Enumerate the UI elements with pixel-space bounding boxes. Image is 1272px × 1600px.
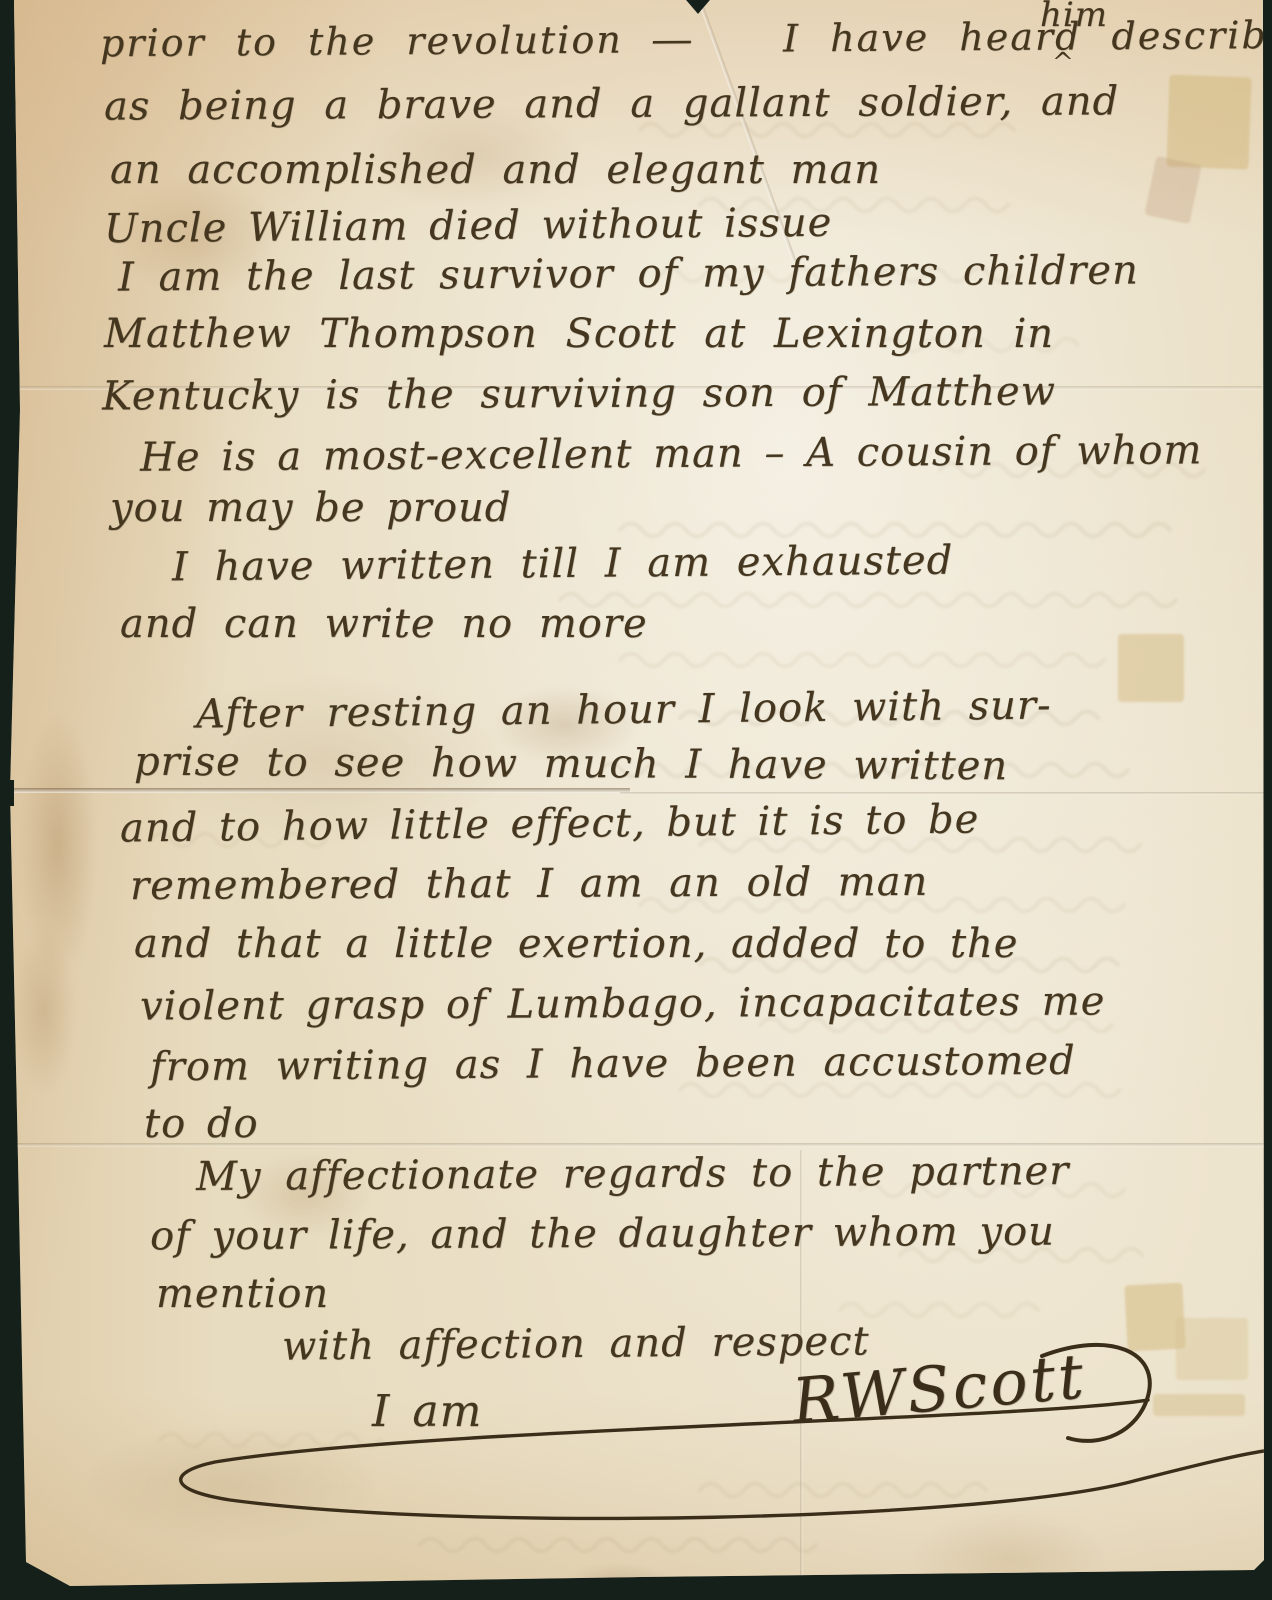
letter-line: Uncle William died without issue <box>104 203 833 249</box>
letter-line: I am <box>372 1390 482 1434</box>
letter-line: violent grasp of Lumbago, incapacitates … <box>140 981 1106 1026</box>
tape-patch <box>1124 1283 1185 1352</box>
letter-line: remembered that I am an old man <box>130 862 928 906</box>
letter-paper: prior to the revolution ― I have heard d… <box>0 0 1272 1600</box>
letter-line: of your life, and the daughter whom you <box>150 1212 1055 1257</box>
letter-line: Kentucky is the surviving son of Matthew <box>102 372 1056 417</box>
letter-line: After resting an hour I look with sur- <box>196 686 1052 735</box>
fold-crease-middle-left <box>10 788 630 793</box>
letter-line: with affection and respect <box>282 1321 870 1366</box>
letter-line: an accomplished and elegant man <box>110 150 881 190</box>
fold-crease-middle-right <box>620 792 1264 795</box>
letter-line: prise to see how much I have written <box>134 742 1008 787</box>
inserted-word: him <box>1040 0 1108 32</box>
letter-line: Matthew Thompson Scott at Lexington in <box>104 314 1054 354</box>
letter-line: mention <box>156 1274 329 1314</box>
letter-line: and that a little exertion, added to the <box>134 924 1018 964</box>
letter-line: and to how little effect, but it is to b… <box>120 800 980 849</box>
letter-line: and can write no more <box>120 604 648 644</box>
tape-patch <box>1176 1318 1248 1380</box>
letter-line: from writing as I have been accustomed <box>150 1041 1076 1087</box>
letter-line: as being a brave and a gallant soldier, … <box>104 81 1119 126</box>
letter-line: you may be proud <box>110 488 511 528</box>
tape-patch <box>1166 75 1251 170</box>
letter-line: My affectionate regards to the partner <box>196 1151 1070 1197</box>
tape-patch <box>1153 1394 1245 1416</box>
tape-patch <box>1144 156 1201 224</box>
tape-patch <box>1118 634 1184 702</box>
letter-line: I have written till I am exhausted <box>172 541 954 588</box>
paper-edge-notch <box>0 780 14 806</box>
letter-line: I am the last survivor of my fathers chi… <box>118 250 1139 297</box>
scan-backdrop: prior to the revolution ― I have heard d… <box>0 0 1272 1600</box>
letter-line: to do <box>144 1104 259 1144</box>
insertion-caret: ^ <box>1052 48 1074 78</box>
letter-line: He is a most-excellent man – A cousin of… <box>140 430 1203 477</box>
